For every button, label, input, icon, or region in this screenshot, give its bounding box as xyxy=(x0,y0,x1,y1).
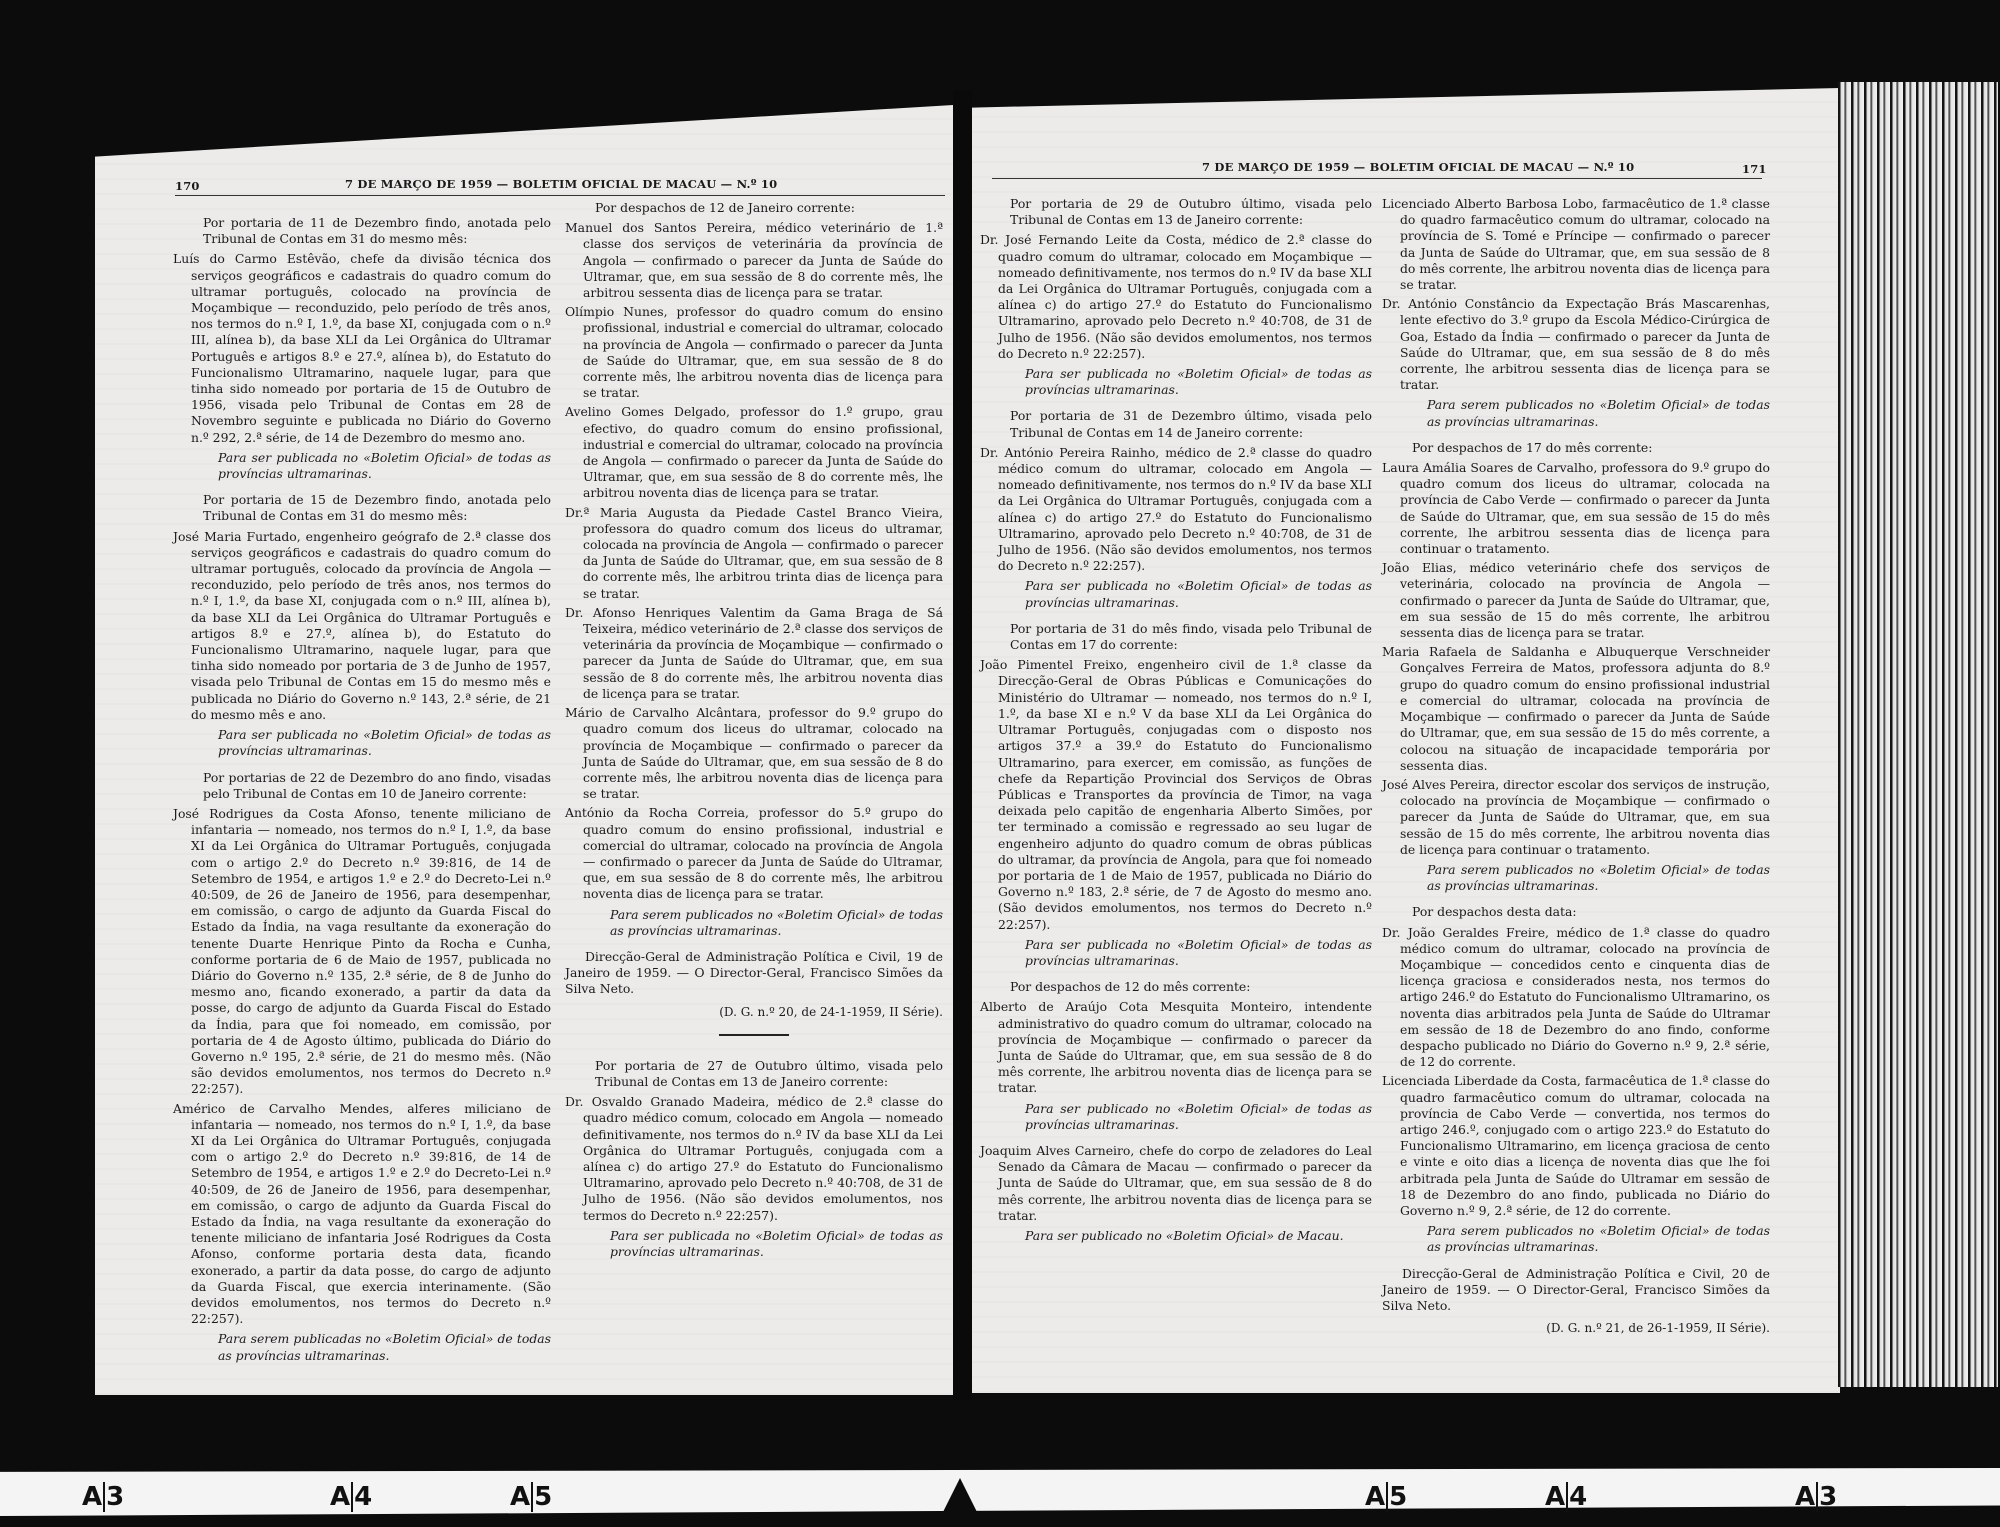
decree-entry: Olímpio Nunes, professor do quadro comum… xyxy=(565,304,943,401)
right-page: 7 DE MARÇO DE 1959 — BOLETIM OFICIAL DE … xyxy=(972,88,1840,1393)
publication-note: Para serem publicados no «Boletim Oficia… xyxy=(1382,1223,1770,1255)
decree-entry: José Rodrigues da Costa Afonso, tenente … xyxy=(173,806,551,1098)
publication-note: Para serem publicados no «Boletim Oficia… xyxy=(1382,397,1770,429)
frame-label: A4 xyxy=(330,1482,372,1512)
decree-entry: Dr. António Constâncio da Expectação Brá… xyxy=(1382,296,1770,393)
decree-entry: António da Rocha Correia, professor do 5… xyxy=(565,805,943,902)
publication-note: Para serem publicados no «Boletim Oficia… xyxy=(565,907,943,939)
frame-label: A4 xyxy=(1545,1482,1587,1512)
decree-entry: Luís do Carmo Estêvão, chefe da divisão … xyxy=(173,251,551,445)
decree-entry: Manuel dos Santos Pereira, médico veteri… xyxy=(565,220,943,301)
frame-label: A5 xyxy=(1365,1482,1407,1512)
publication-note: Para ser publicada no «Boletim Oficial» … xyxy=(173,450,551,482)
section-intro: Por despachos de 17 do mês corrente: xyxy=(1382,440,1770,456)
publication-note: Para ser publicada no «Boletim Oficial» … xyxy=(980,578,1372,610)
decree-entry: Dr.ª Maria Augusta da Piedade Castel Bra… xyxy=(565,505,943,602)
section-intro: Por portaria de 15 de Dezembro findo, an… xyxy=(173,492,551,524)
running-head-title: 7 DE MARÇO DE 1959 — BOLETIM OFICIAL DE … xyxy=(1202,160,1634,174)
publication-note: Para ser publicado no «Boletim Oficial» … xyxy=(980,1228,1372,1244)
signature-line: Direcção-Geral de Administração Política… xyxy=(1382,1266,1770,1315)
decree-entry: José Alves Pereira, director escolar dos… xyxy=(1382,777,1770,858)
frame-label: A3 xyxy=(1795,1482,1837,1512)
section-intro: Por portaria de 31 de Dezembro último, v… xyxy=(980,408,1372,440)
publication-note: Para ser publicada no «Boletim Oficial» … xyxy=(565,1228,943,1260)
book-gutter xyxy=(953,90,972,1400)
section-intro: Por portarias de 22 de Dezembro do ano f… xyxy=(173,770,551,802)
right-page-column-1: Por portaria de 29 de Outubro último, vi… xyxy=(980,196,1372,1254)
section-divider xyxy=(719,1034,789,1036)
microfilm-frame-strip xyxy=(0,1468,2000,1516)
right-page-column-2: Licenciado Alberto Barbosa Lobo, farmacê… xyxy=(1382,196,1770,1344)
decree-entry: Licenciado Alberto Barbosa Lobo, farmacê… xyxy=(1382,196,1770,293)
gazette-reference: (D. G. n.º 21, de 26-1-1959, II Série). xyxy=(1382,1320,1770,1336)
publication-note: Para ser publicada no «Boletim Oficial» … xyxy=(980,937,1372,969)
decree-entry: Joaquim Alves Carneiro, chefe do corpo d… xyxy=(980,1143,1372,1224)
decree-entry: Avelino Gomes Delgado, professor do 1.º … xyxy=(565,404,943,501)
decree-entry: João Pimentel Freixo, engenheiro civil d… xyxy=(980,657,1372,932)
frame-label: A3 xyxy=(82,1482,124,1512)
spine-notch xyxy=(940,1478,980,1518)
running-head-title: 7 DE MARÇO DE 1959 — BOLETIM OFICIAL DE … xyxy=(345,177,777,191)
section-intro: Por portaria de 31 do mês findo, visada … xyxy=(980,621,1372,653)
decree-entry: Laura Amália Soares de Carvalho, profess… xyxy=(1382,460,1770,557)
decree-entry: Dr. José Fernando Leite da Costa, médico… xyxy=(980,232,1372,362)
gazette-reference: (D. G. n.º 20, de 24-1-1959, II Série). xyxy=(565,1004,943,1020)
decree-entry: João Elias, médico veterinário chefe dos… xyxy=(1382,560,1770,641)
publication-note: Para serem publicadas no «Boletim Oficia… xyxy=(173,1331,551,1363)
decree-entry: Mário de Carvalho Alcântara, professor d… xyxy=(565,705,943,802)
left-page-column-2: Por despachos de 12 de Janeiro corrente:… xyxy=(565,200,943,1270)
left-page: 170 7 DE MARÇO DE 1959 — BOLETIM OFICIAL… xyxy=(95,105,953,1395)
left-page-column-1: Por portaria de 11 de Dezembro findo, an… xyxy=(173,215,551,1374)
decree-entry: Dr. Osvaldo Granado Madeira, médico de 2… xyxy=(565,1094,943,1224)
stacked-page-edges xyxy=(1838,82,1998,1387)
page-number-left: 170 xyxy=(175,179,200,193)
decree-entry: Maria Rafaela de Saldanha e Albuquerque … xyxy=(1382,644,1770,774)
publication-note: Para ser publicada no «Boletim Oficial» … xyxy=(173,727,551,759)
decree-entry: Américo de Carvalho Mendes, alferes mili… xyxy=(173,1101,551,1328)
page-number-right: 171 xyxy=(1742,162,1767,176)
section-intro: Por portaria de 11 de Dezembro findo, an… xyxy=(173,215,551,247)
running-head-left: 170 7 DE MARÇO DE 1959 — BOLETIM OFICIAL… xyxy=(175,177,945,196)
signature-line: Direcção-Geral de Administração Política… xyxy=(565,949,943,998)
section-intro: Por portaria de 27 de Outubro último, vi… xyxy=(565,1058,943,1090)
frame-label: A5 xyxy=(510,1482,552,1512)
decree-entry: José Maria Furtado, engenheiro geógrafo … xyxy=(173,529,551,723)
decree-entry: Alberto de Araújo Cota Mesquita Monteiro… xyxy=(980,999,1372,1096)
decree-entry: Dr. João Geraldes Freire, médico de 1.ª … xyxy=(1382,925,1770,1071)
decree-entry: Licenciada Liberdade da Costa, farmacêut… xyxy=(1382,1073,1770,1219)
publication-note: Para ser publicada no «Boletim Oficial» … xyxy=(980,366,1372,398)
section-intro: Por despachos de 12 de Janeiro corrente: xyxy=(565,200,943,216)
section-intro: Por despachos de 12 do mês corrente: xyxy=(980,979,1372,995)
section-intro: Por despachos desta data: xyxy=(1382,904,1770,920)
publication-note: Para ser publicado no «Boletim Oficial» … xyxy=(980,1101,1372,1133)
decree-entry: Dr. Afonso Henriques Valentim da Gama Br… xyxy=(565,605,943,702)
decree-entry: Dr. António Pereira Rainho, médico de 2.… xyxy=(980,445,1372,575)
section-intro: Por portaria de 29 de Outubro último, vi… xyxy=(980,196,1372,228)
running-head-right: 7 DE MARÇO DE 1959 — BOLETIM OFICIAL DE … xyxy=(992,160,1762,179)
publication-note: Para serem publicados no «Boletim Oficia… xyxy=(1382,862,1770,894)
